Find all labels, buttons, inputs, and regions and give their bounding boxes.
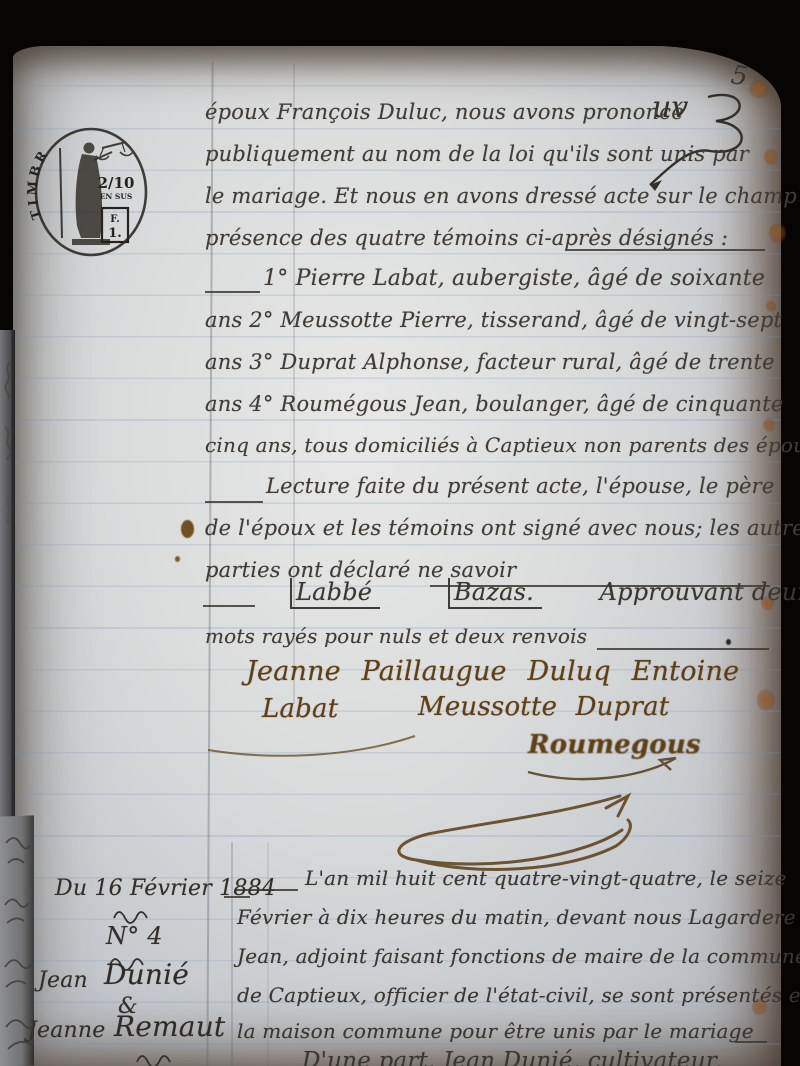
adjacent-page-writing-fragment bbox=[1, 360, 15, 400]
foxing-spot bbox=[752, 998, 767, 1016]
act-line: ans 4° Roumégous Jean, boulanger, âgé de… bbox=[205, 392, 783, 416]
ink-fill-line bbox=[203, 605, 255, 607]
stamp-surcharge-fraction: 2/10 bbox=[98, 174, 135, 192]
act-line: de l'époux et les témoins ont signé avec… bbox=[205, 516, 800, 540]
ink-fill-line bbox=[565, 249, 765, 251]
act-line: le mariage. Et nous en avons dressé acte… bbox=[205, 184, 800, 208]
adjacent-page-writing-fragment bbox=[2, 835, 32, 875]
act-line: 1° Pierre Labat, aubergiste, âgé de soix… bbox=[263, 266, 765, 291]
timbre-revenue-stamp: TIMBRE 2/10 EN SUS F. 1. bbox=[32, 126, 150, 262]
ink-fill-line bbox=[597, 648, 769, 650]
act-line: Jean, adjoint faisant fonctions de maire… bbox=[237, 944, 800, 968]
act-line: Lecture faite du présent acte, l'épouse,… bbox=[266, 474, 775, 498]
registry-photo: TIMBRE 2/10 EN SUS F. 1. 5 uv époux Fran… bbox=[0, 0, 800, 1066]
act-line: ans 3° Duprat Alphonse, facteur rural, â… bbox=[205, 350, 775, 374]
foxing-spot bbox=[761, 595, 774, 611]
act-line: Février à dix heures du matin, devant no… bbox=[237, 905, 796, 929]
ink-fill-line bbox=[205, 501, 263, 503]
foxing-spot bbox=[748, 80, 770, 98]
signature-row1: Jeanne Paillaugue Duluq Entoine bbox=[246, 656, 739, 687]
margin-act-number: N° 4 bbox=[106, 922, 163, 950]
act-line: L'an mil huit cent quatre-vingt-quatre, … bbox=[237, 866, 787, 890]
lagardere-signature-flourish bbox=[370, 778, 650, 878]
adjacent-page-writing-fragment bbox=[2, 955, 32, 995]
margin-squiggle bbox=[135, 1052, 179, 1066]
act-line: présence des quatre témoins ci-après dés… bbox=[205, 226, 728, 250]
ink-speck bbox=[726, 639, 731, 645]
official-paraph: 5 uv bbox=[580, 45, 790, 205]
adjacent-page-writing-fragment bbox=[1, 425, 15, 461]
mention-bazas: Bazas. bbox=[448, 578, 542, 609]
act-line: cinq ans, tous domiciliés à Captieux non… bbox=[205, 433, 800, 457]
margin-groom-first: Jean bbox=[38, 968, 88, 993]
margin-bride-last: Remaut bbox=[114, 1010, 225, 1043]
signature-meussotte-duprat: Meussotte Duprat bbox=[418, 692, 669, 722]
signature-labat: Labat bbox=[262, 694, 338, 724]
mention-line2: mots rayés pour nuls et deux renvois bbox=[205, 624, 587, 648]
ink-blot bbox=[181, 520, 194, 538]
stamp-denomination-bottom: 1. bbox=[108, 226, 122, 241]
page-number-mark: 5 bbox=[729, 60, 750, 92]
act-line-cutoff: D'une part. Jean Dunié, cultivateur, bbox=[237, 1048, 722, 1066]
margin-groom-last: Dunié bbox=[104, 958, 189, 991]
act-line: ans 2° Meussotte Pierre, tisserand, âgé … bbox=[205, 308, 782, 332]
ink-speck bbox=[175, 556, 180, 562]
margin-squiggle bbox=[112, 908, 156, 922]
foxing-spot bbox=[764, 148, 778, 166]
act-line: de Captieux, officier de l'état-civil, s… bbox=[237, 983, 800, 1007]
ink-fill-line bbox=[430, 585, 770, 587]
foxing-spot bbox=[763, 418, 775, 432]
foxing-spot bbox=[769, 222, 786, 244]
foxing-spot bbox=[766, 300, 776, 312]
act-line: la maison commune pour être unis par le … bbox=[237, 1019, 754, 1043]
foxing-spot bbox=[757, 688, 775, 712]
margin-bride-first: Jeanne bbox=[28, 1018, 106, 1043]
stamp-denomination-top: F. bbox=[110, 214, 120, 225]
ink-fill-line bbox=[205, 291, 260, 293]
adjacent-page-writing-fragment bbox=[2, 895, 30, 931]
adjacent-page-writing-fragment bbox=[2, 495, 16, 529]
labat-signature-flourish bbox=[200, 722, 430, 766]
act-line: publiquement au nom de la loi qu'ils son… bbox=[205, 142, 749, 166]
act-line: époux François Duluc, nous avons prononc… bbox=[205, 100, 684, 124]
stamp-surcharge-text: EN SUS bbox=[100, 192, 133, 201]
mention-labbe: Labbé bbox=[290, 578, 380, 609]
